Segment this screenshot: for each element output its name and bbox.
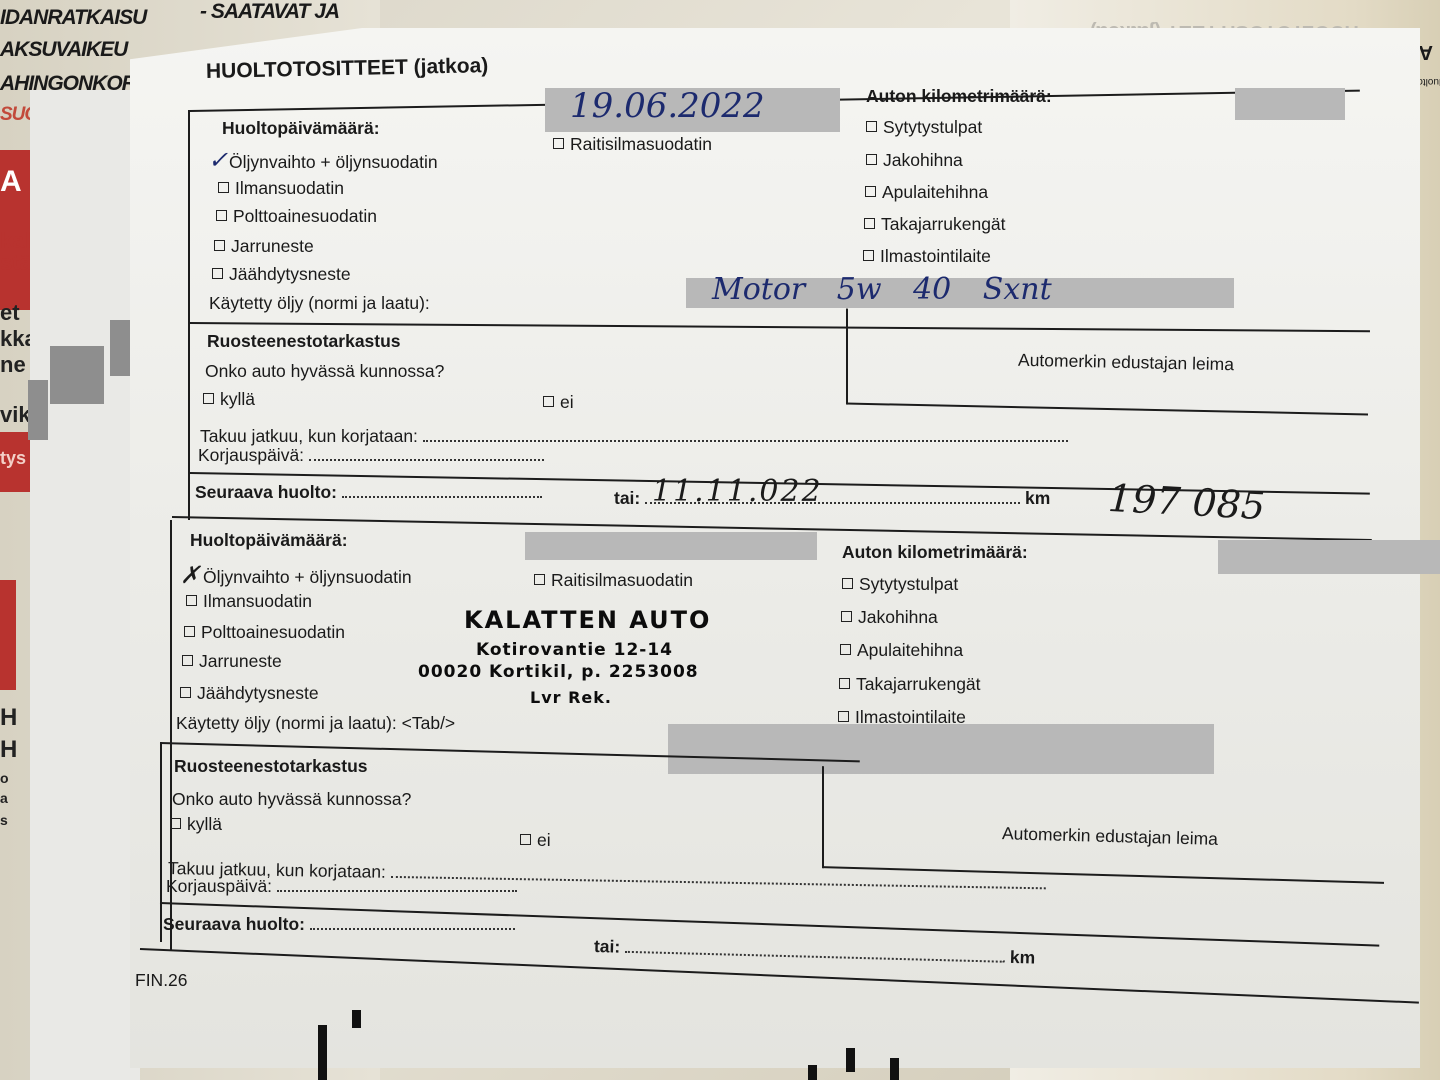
date-redaction	[525, 532, 817, 560]
binding-mark	[808, 1065, 817, 1080]
odometer-redaction	[1235, 88, 1345, 120]
entry1-item-air-conditioning[interactable]: Ilmastointilaite	[863, 246, 991, 267]
dotted-line	[423, 426, 1068, 442]
entry1-oil-value: Motor 5w 40 Sxnt	[712, 272, 1052, 307]
checkbox-icon[interactable]	[186, 595, 197, 606]
entry2-item-fuel-filter[interactable]: Polttoainesuodatin	[184, 622, 345, 643]
entry1-item-fuel-filter[interactable]: Polttoainesuodatin	[216, 206, 377, 227]
bg-line: - SAATAVAT JA	[200, 0, 339, 24]
bg-fragment: H	[0, 736, 17, 764]
entry1-rust-title: Ruosteenestotarkastus	[207, 331, 401, 352]
binding-mark	[352, 1010, 361, 1028]
checkbox-icon[interactable]	[865, 186, 876, 197]
checkbox-icon[interactable]	[838, 711, 849, 722]
checkbox-icon[interactable]	[866, 154, 877, 165]
bg-fragment: ne	[0, 352, 26, 378]
bg-fragment: vik	[0, 402, 31, 428]
entry2-item-timing-belt[interactable]: Jakohihna	[841, 607, 938, 628]
entry2-item-cabin-filter[interactable]: Raitisilmasuodatin	[534, 570, 693, 591]
checkbox-icon[interactable]	[534, 574, 545, 585]
bg-fragment: s	[0, 812, 8, 828]
entry1-left-border	[188, 110, 190, 520]
index-tab	[28, 380, 48, 440]
checkbox-icon[interactable]	[214, 240, 225, 251]
entry2-item-air-filter[interactable]: Ilmansuodatin	[186, 591, 312, 612]
binding-mark	[846, 1048, 855, 1072]
entry2-rust-question: Onko auto hyvässä kunnossa?	[172, 789, 411, 810]
handwritten-check-icon: ✓	[208, 146, 228, 174]
binding-mark	[318, 1025, 327, 1080]
dealer-stamp-name: KALATTEN AUTO	[464, 606, 711, 634]
bg-line: IDANRATKAISU	[0, 6, 146, 30]
entry2-repair-date-field[interactable]: Korjauspäivä:	[166, 876, 517, 897]
entry2-item-accessory-belt[interactable]: Apulaitehihna	[840, 640, 963, 661]
bg-fragment: H	[0, 704, 17, 732]
entry1-oil-label: Käytetty öljy (normi ja laatu):	[209, 293, 430, 314]
dealer-stamp-address: Kotirovantie 12-14	[476, 640, 673, 660]
entry1-item-coolant[interactable]: Jäähdytysneste	[212, 264, 351, 285]
binding-mark	[890, 1058, 899, 1080]
entry1-rust-no[interactable]: ei	[543, 392, 574, 413]
entry1-item-timing-belt[interactable]: Jakohihna	[866, 150, 963, 171]
dealer-stamp-city-phone: 00020 Kortikil, p. 2253008	[418, 662, 699, 682]
bg-line: AKSUVAIKEU	[0, 38, 127, 62]
entry1-service-date-label: Huoltopäivämäärä:	[222, 118, 380, 139]
bg-fragment: o	[0, 770, 9, 786]
dotted-line	[342, 482, 542, 498]
entry2-item-brake-fluid[interactable]: Jarruneste	[182, 651, 282, 672]
entry2-item-oil-change[interactable]: ✗ Öljynvaihto + öljynsuodatin	[180, 561, 412, 589]
checkbox-icon[interactable]	[184, 626, 195, 637]
checkbox-icon[interactable]	[170, 818, 181, 829]
entry2-item-rear-brake-shoes[interactable]: Takajarrukengät	[839, 674, 981, 695]
checkbox-icon[interactable]	[182, 655, 193, 666]
dotted-line	[310, 914, 515, 930]
page-number: FIN.26	[135, 970, 188, 991]
entry1-item-oil-change[interactable]: ✓ Öljynvaihto + öljynsuodatin	[208, 146, 438, 174]
entry2-item-spark-plugs[interactable]: Sytytystulpat	[842, 574, 958, 595]
dotted-line	[277, 876, 517, 892]
entry2-odometer-label: Auton kilometrimäärä:	[842, 542, 1028, 563]
bg-fragment: stä	[0, 250, 32, 276]
checkbox-icon[interactable]	[840, 644, 851, 655]
entry1-next-service-km: 197 085	[1107, 476, 1266, 528]
entry1-rust-yes[interactable]: kyllä	[203, 389, 255, 410]
entry1-item-spark-plugs[interactable]: Sytytystulpat	[866, 117, 982, 138]
entry2-rust-no[interactable]: ei	[520, 830, 551, 851]
entry1-item-rear-brake-shoes[interactable]: Takajarrukengät	[864, 214, 1006, 235]
entry1-stamp-box-label: Automerkin edustajan leima	[1018, 350, 1234, 376]
entry1-next-service-date: 11.11.022	[652, 474, 823, 509]
checkbox-icon[interactable]	[212, 268, 223, 279]
checkbox-icon[interactable]	[216, 210, 227, 221]
entry2-rust-title: Ruosteenestotarkastus	[174, 756, 368, 777]
entry1-rust-question: Onko auto hyvässä kunnossa?	[205, 361, 444, 382]
entry1-item-cabin-filter[interactable]: Raitisilmasuodatin	[553, 134, 712, 155]
checkbox-icon[interactable]	[863, 250, 874, 261]
entry2-service-date-label: Huoltopäivämäärä:	[190, 530, 348, 551]
underlying-page-edge	[30, 90, 140, 1080]
checkbox-icon[interactable]	[180, 687, 191, 698]
entry2-rust-yes[interactable]: kyllä	[170, 814, 222, 835]
entry1-service-date: 19.06.2022	[570, 86, 765, 126]
checkbox-icon[interactable]	[841, 611, 852, 622]
entry2-next-service-field[interactable]: Seuraava huolto:	[163, 914, 515, 935]
dealer-stamp-reg: Lvr Rek.	[530, 688, 612, 707]
checkbox-icon[interactable]	[553, 138, 564, 149]
entry2-rust-left-border	[160, 742, 162, 942]
bg-fragment: A	[0, 165, 22, 199]
entry2-item-coolant[interactable]: Jäähdytysneste	[180, 683, 319, 704]
bg-fragment: a	[0, 790, 8, 806]
bg-fragment: et	[0, 300, 20, 326]
entry2-oil-label: Käytetty öljy (normi ja laatu): <Tab/>	[176, 713, 455, 734]
entry1-odometer-label: Auton kilometrimäärä:	[866, 86, 1052, 107]
entry1-next-service-field[interactable]: Seuraava huolto:	[195, 482, 542, 503]
entry1-repair-date-field[interactable]: Korjauspäivä:	[198, 445, 544, 466]
checkbox-icon[interactable]	[543, 396, 554, 407]
checkbox-icon[interactable]	[839, 678, 850, 689]
checkbox-icon[interactable]	[218, 182, 229, 193]
entry1-item-air-filter[interactable]: Ilmansuodatin	[218, 178, 344, 199]
odometer-redaction	[1218, 540, 1440, 574]
bg-fragment: tys	[0, 448, 26, 469]
index-tab	[50, 346, 104, 404]
entry1-item-brake-fluid[interactable]: Jarruneste	[214, 236, 314, 257]
checkbox-icon[interactable]	[203, 393, 214, 404]
checkbox-icon[interactable]	[866, 121, 877, 132]
entry1-warranty-field[interactable]: Takuu jatkuu, kun korjataan:	[200, 426, 1068, 447]
entry1-item-accessory-belt[interactable]: Apulaitehihna	[865, 182, 988, 203]
checkbox-icon[interactable]	[842, 578, 853, 589]
bg-red-block	[0, 580, 16, 690]
oil-redaction	[668, 724, 1214, 774]
dotted-line	[309, 445, 544, 461]
checkbox-icon[interactable]	[520, 834, 531, 845]
handwritten-x-icon: ✗	[180, 561, 200, 589]
checkbox-icon[interactable]	[864, 218, 875, 229]
